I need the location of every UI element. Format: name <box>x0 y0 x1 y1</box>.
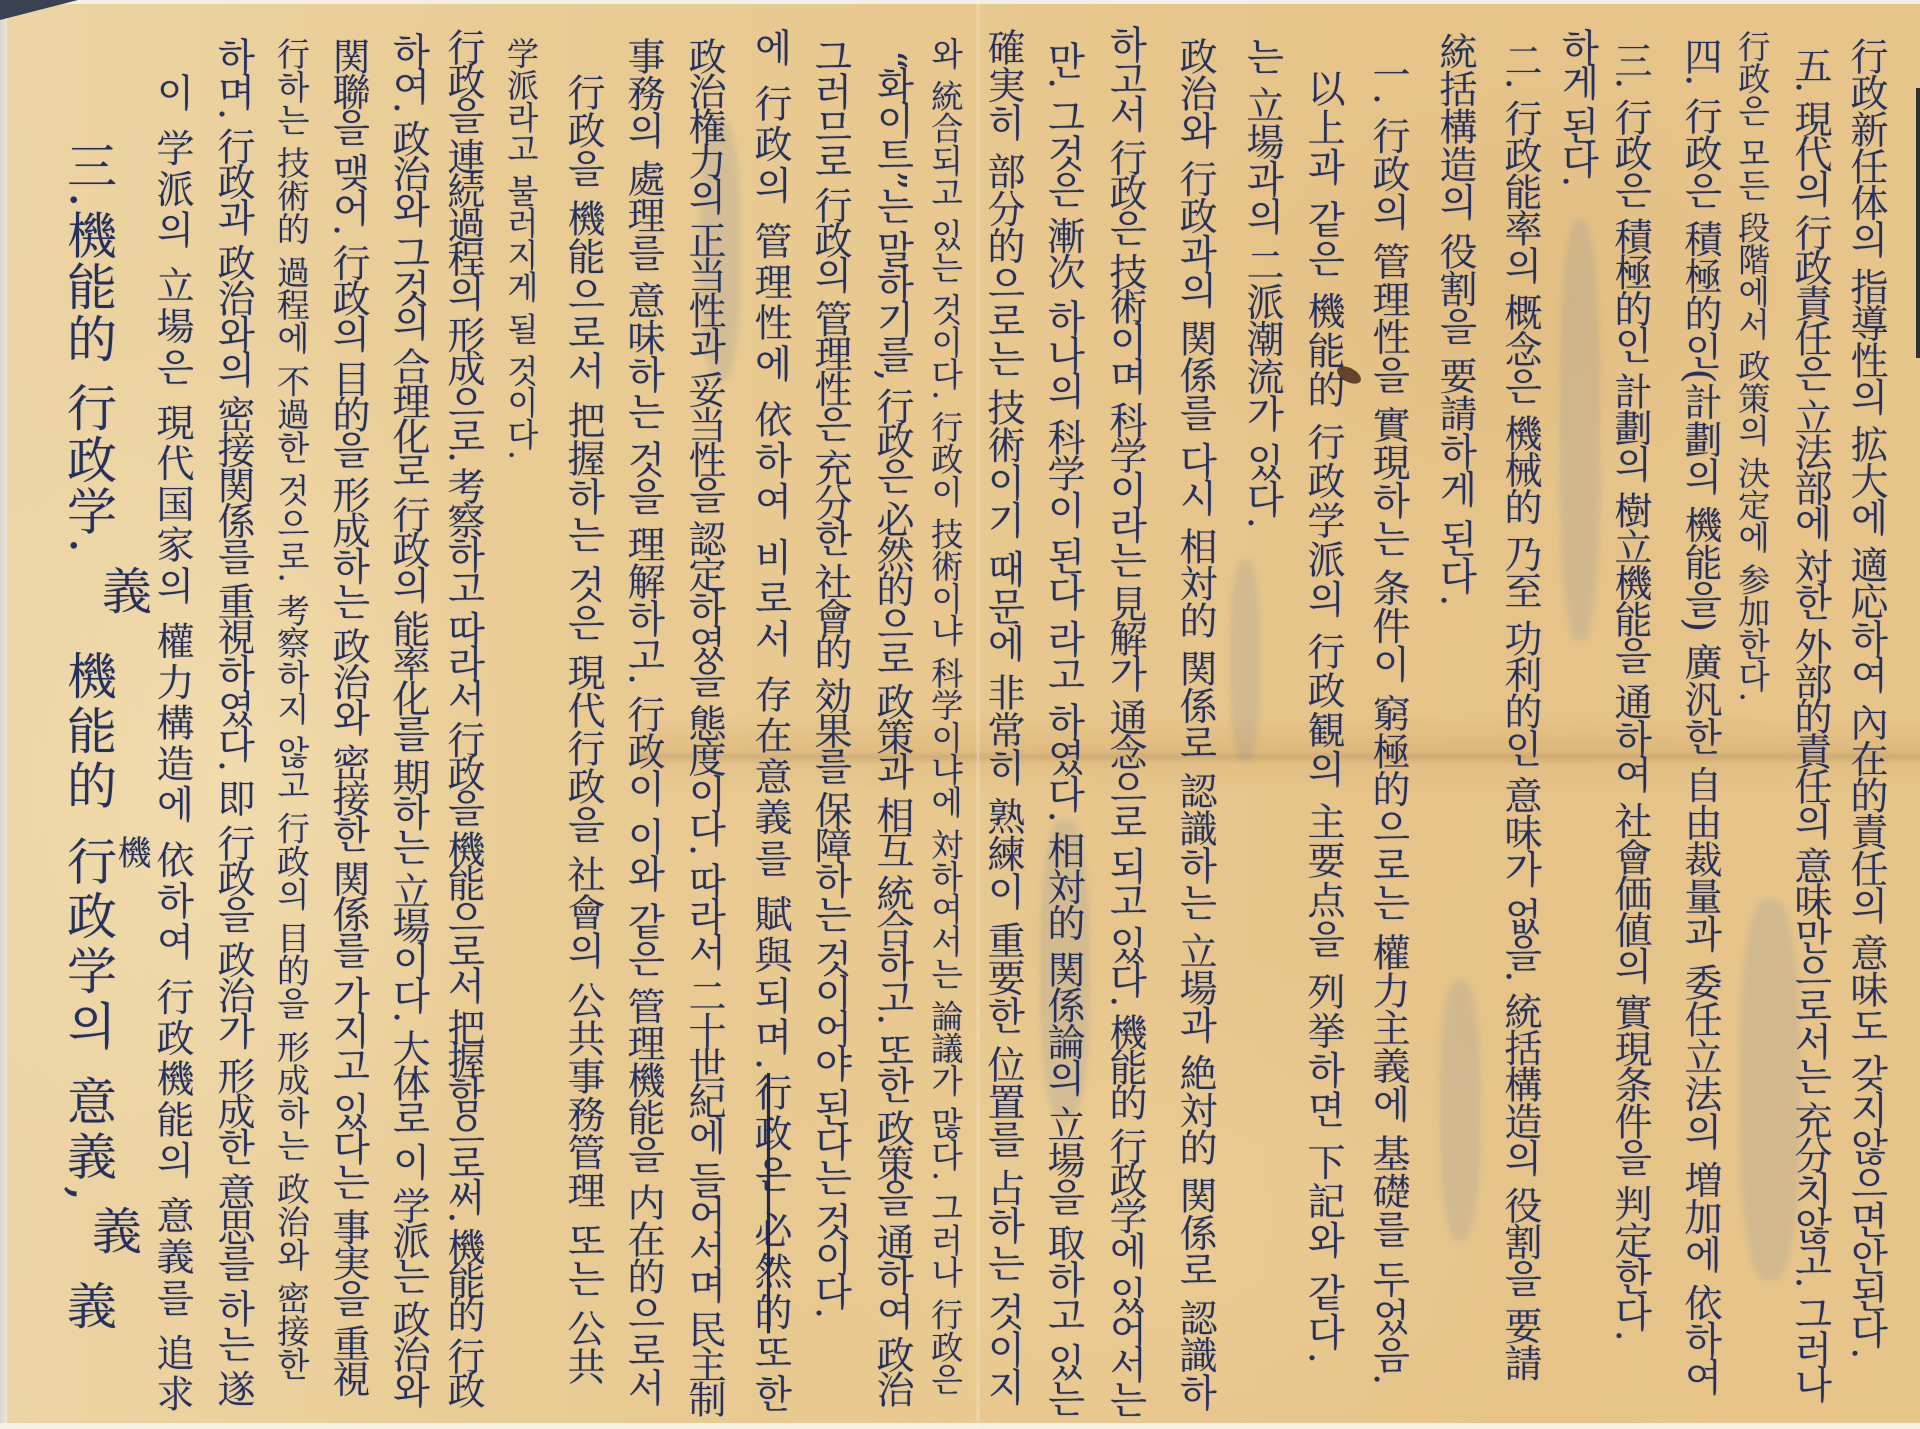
column-text: 学派라고 불러지게 될 것이다. <box>502 37 540 460</box>
column-text: 政治와 行政과의 関係를 다시 相対的 関係로 認識하는 立場과 絶対的 関係로… <box>1173 37 1217 1410</box>
manuscript-column: 하며. 行政과 政治와의 密接関係를 重視하였다. 即 行政을 政治가 形成한 … <box>214 37 252 1405</box>
list-item-2: 二. 行政能率의 概念은 機械的 乃至 功利的인 意味가 없을. 統括構造의 役… <box>1501 41 1539 1380</box>
section-subtitle: 機能的 行政学의 意義, <box>63 650 113 1206</box>
column-text: 関聯을 맺어. 行政의 目的을 形成하는 政治와 密接한 関係를 가지고 있다는… <box>326 37 370 1395</box>
inserted-correction-text: 機 <box>111 835 151 869</box>
column-text: 行政을 連続過程의 形成으로. 考察하고 따라서 行政을 機能으로서 把握함으로… <box>441 28 485 1405</box>
column-text: 統括構造의 役割을 要請하게 된다. <box>1433 32 1477 606</box>
column-text: 政治権力의 正当性과 妥当性을 認定하였을 態度이다. 따라서 二十世紀에 들어… <box>682 37 726 1415</box>
heading-mark: 義 <box>63 1280 113 1330</box>
manuscript-column: 行政을 機能으로서 把握하는 것은 現代行政을 社會의 公共事務管理 또는 公共 <box>564 73 602 1385</box>
list-item-3: 三. 行政은 積極的인 計劃의 樹立機能을 通하여 社會価値의 實現条件을 判定… <box>1611 41 1649 1340</box>
list-item-1: 一. 行政의 管理性을 實現하는 条件이 窮極的으로는 權力主義에 基礎를 두었… <box>1369 55 1407 1385</box>
column-text: 하여. 政治와 그것의 合理化로 行政의 能率化를 期하는 立場이다. 大体로 … <box>386 32 430 1405</box>
manuscript-column: 는 立場과의 二派潮流가 있다. <box>1243 37 1281 528</box>
manuscript-column: 그러므로 行政의 管理性은 充分한 社會的 効果를 保障하는 것이어야 된다는 … <box>811 37 849 1316</box>
heading-mark-text: 義 <box>59 1280 117 1330</box>
column-text: 行政은 모든 段階에서 政策의 決定에 参加한다. <box>1733 30 1771 702</box>
manuscript-column: 에 行政의 管理性에 依하여 비로서 存在意義를 賦與되며.行政은 必然的또한 <box>751 28 789 1415</box>
inserted-correction: 機 <box>114 835 148 869</box>
column-text: 三. 行政은 積極的인 計劃의 樹立機能을 通하여 社會価値의 實現条件을 判定… <box>1608 41 1652 1340</box>
column-text: 만. 그것은 漸次 하나의 科学이 된다 라고 하였다. 相対的 関係論의 立場… <box>1041 41 1085 1415</box>
manuscript-column: 와 統合되고 있는 것이다. 行政이 技術이냐 科学이냐에 対하여서는 論議가 … <box>929 37 961 1395</box>
manuscript-column: 関聯을 맺어. 行政의 目的을 形成하는 政治와 密接한 関係를 가지고 있다는… <box>329 37 367 1395</box>
ink-bleed-stain <box>1560 220 1600 640</box>
column-text: 이 学派의 立場은 現代国家의 權力構造에 依하여 行政機能의 意義를 追求 <box>150 73 194 1415</box>
manuscript-column: 学派라고 불러지게 될 것이다. <box>504 37 536 460</box>
section-subtitle-text: 機能的 行政学의 意義, <box>59 650 117 1206</box>
column-text: 以上과 같은 機能的 行政学派의 行政観의 主要点을 列挙하면 下記와 같다. <box>1301 69 1345 1365</box>
manuscript-column: 統括構造의 役割을 要請하게 된다. <box>1436 32 1474 606</box>
ink-bleed-stain <box>1230 560 1260 760</box>
column-text: 行政新任体의 指導性의 拡大에 適応하여 內在的責任의 意味도 갖지않으면안된다… <box>1844 37 1888 1358</box>
scanner-right-edge <box>1916 88 1920 358</box>
section-number: 三. <box>59 140 117 209</box>
manuscript-column: 하여. 政治와 그것의 合理化로 行政의 能率化를 期하는 立場이다. 大体로 … <box>389 32 427 1405</box>
manuscript-column: 하고서 行政은 技術이며 科学이라는 見解가 通念으로 되고 있다. 機能的 行… <box>1106 25 1144 1415</box>
column-text: 에 行政의 管理性에 依하여 비로서 存在意義를 賦與되며. <box>748 28 792 1073</box>
manuscript-column: 行政은 모든 段階에서 政策의 決定에 参加한다. <box>1736 30 1768 702</box>
column-text: 一. 行政의 管理性을 實現하는 条件이 窮極的으로는 權力主義에 基礎를 두었… <box>1366 55 1410 1385</box>
manuscript-column: 以上과 같은 機能的 行政学派의 行政観의 主要点을 列挙하면 下記와 같다. <box>1304 69 1342 1365</box>
column-text: 五. 現代의 行政責任은 立法部에 対한 外部的責任의 意味만으로서는 充分치않… <box>1788 46 1832 1400</box>
manuscript-column: 行政을 連続過程의 形成으로. 考察하고 따라서 行政을 機能으로서 把握함으로… <box>444 28 482 1405</box>
column-text: “화이트”는 말하기를, 行政은 必然的으로 政策과 相互 統合하고. 또한 政… <box>870 50 914 1405</box>
paper-bottom-edge <box>0 1423 1920 1429</box>
heading-mark-text: 義 <box>84 1205 142 1255</box>
manuscript-column: 政治権力의 正当性과 妥当性을 認定하였을 態度이다. 따라서 二十世紀에 들어… <box>685 37 723 1415</box>
column-text: 하고서 行政은 技術이며 科学이라는 見解가 通念으로 되고 있다. 機能的 行… <box>1103 25 1147 1415</box>
manuscript-column: 確実히 部分的으로는 技術이기 때문에 非常히 熟練이 重要한 位置를 占하는 … <box>984 28 1022 1405</box>
manuscript-column: 政治와 行政과의 関係를 다시 相対的 関係로 認識하는 立場과 絶対的 関係로… <box>1176 37 1214 1410</box>
manuscript-column: 行하는 技術的 過程에 不過한 것으로. 考察하지 않고 行政의 目的을 形成하… <box>274 37 307 1380</box>
column-text: 는 立場과의 二派潮流가 있다. <box>1240 37 1284 528</box>
heading-mark: 義 <box>98 565 148 615</box>
column-text: 와 統合되고 있는 것이다. 行政이 技術이냐 科学이냐에 対하여서는 論議가 … <box>926 37 964 1395</box>
manuscript-column: 事務의 處理를 意味하는 것을 理解하고. 行政이 이와 같은 管理機能을 内在… <box>624 37 662 1405</box>
column-text: 또한 <box>748 1333 792 1415</box>
section-title: 機能的 行政学. <box>59 209 117 555</box>
section-heading: 三.機能的 行政学. <box>63 140 113 555</box>
manuscript-column: 行政新任体의 指導性의 拡大에 適応하여 內在的責任의 意味도 갖지않으면안된다… <box>1847 37 1885 1358</box>
manuscript-column: 만. 그것은 漸次 하나의 科学이 된다 라고 하였다. 相対的 関係論의 立場… <box>1044 41 1082 1415</box>
column-text: 그러므로 行政의 管理性은 充分한 社會的 効果를 保障하는 것이어야 된다는 … <box>808 37 852 1316</box>
ink-bleed-stain <box>1440 980 1480 1240</box>
list-item-5: 五. 現代의 行政責任은 立法部에 対한 外部的責任의 意味만으로서는 充分치않… <box>1791 46 1829 1400</box>
column-text: 하며. 行政과 政治와의 密接関係를 重視하였다. 即 行政을 政治가 形成한 … <box>211 37 255 1405</box>
struck-out-text: 行政은 必然的 <box>748 1073 792 1333</box>
list-item-4: 四. 行政은 積極的인(計劃의 機能을) 廣汎한 自由裁量과 委任立法의 増加에… <box>1681 37 1719 1395</box>
column-text: 行하는 技術的 過程에 不過한 것으로. 考察하지 않고 行政의 目的을 形成하… <box>272 37 311 1380</box>
column-text: 事務의 處理를 意味하는 것을 理解하고. 行政이 이와 같은 管理機能을 内在… <box>621 37 665 1405</box>
manuscript-column: 이 学派의 立場은 現代国家의 權力構造에 依하여 行政機能의 意義를 追求 <box>153 73 191 1415</box>
column-text: 四. 行政은 積極的인(計劃의 機能을) 廣汎한 自由裁量과 委任立法의 増加에… <box>1678 37 1722 1395</box>
manuscript-column: “화이트”는 말하기를, 行政은 必然的으로 政策과 相互 統合하고. 또한 政… <box>873 50 911 1405</box>
paper-top-edge <box>0 0 1920 4</box>
manuscript-column: 하게 된다. <box>1558 28 1596 184</box>
column-text: 二. 行政能率의 概念은 機械的 乃至 功利的인 意味가 없을. 統括構造의 役… <box>1498 41 1542 1380</box>
folded-corner <box>0 0 78 20</box>
paper-left-edge <box>0 0 7 1429</box>
column-text: 確実히 部分的으로는 技術이기 때문에 非常히 熟練이 重要한 位置를 占하는 … <box>981 28 1025 1405</box>
heading-mark-text: 義 <box>94 565 152 615</box>
column-text: 하게 된다. <box>1555 28 1599 184</box>
heading-mark: 義 <box>88 1205 138 1255</box>
manuscript-page: 三.機能的 行政学. 義 機能的 行政学의 意義, 義 義 機 이 学派의 立場… <box>0 0 1920 1429</box>
column-text: 行政을 機能으로서 把握하는 것은 現代行政을 社會의 公共事務管理 또는 公共 <box>561 73 605 1385</box>
